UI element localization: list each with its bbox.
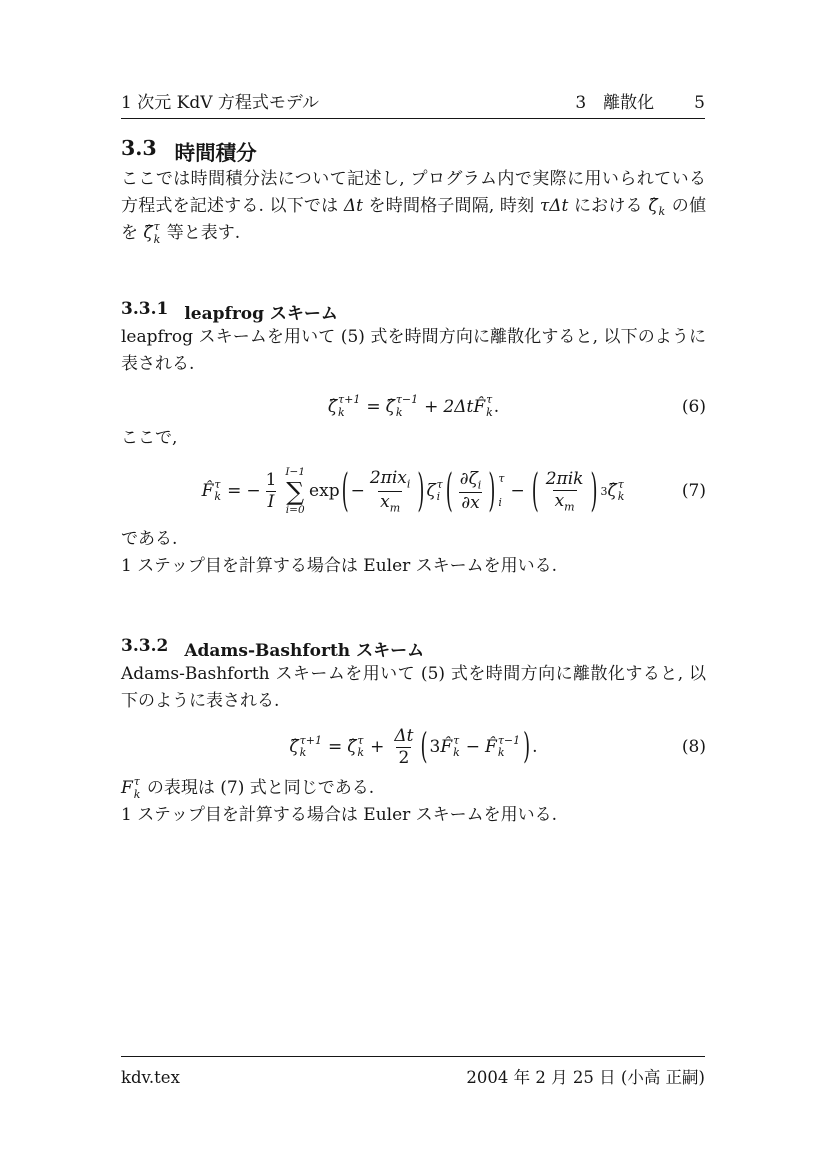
math-tau-delta-t: τΔt xyxy=(540,196,569,216)
fraction-2pi-i-xi-over-xm: 2πixixm xyxy=(368,468,413,515)
equation-number: (8) xyxy=(682,737,706,757)
den-sub: m xyxy=(390,501,400,514)
numerator: Δt xyxy=(392,726,415,747)
zeta-hat: ζ̂ xyxy=(608,481,617,501)
f-hat: F̂ xyxy=(485,737,497,757)
denominator: 2 xyxy=(396,747,411,769)
sup: τ xyxy=(134,776,140,789)
math-delta-t: Δt xyxy=(344,196,363,216)
f-hat: F̂ xyxy=(202,481,214,501)
zeta-hat: ζ̂ xyxy=(289,737,298,757)
open-paren: ( xyxy=(342,465,349,518)
section-number: 3.3 xyxy=(121,136,157,166)
open-paren: ( xyxy=(532,465,539,518)
sub: k xyxy=(659,206,666,219)
f-expression-text: の表現は (7) 式と同じである. xyxy=(141,778,374,798)
sub: k xyxy=(453,747,460,760)
math-f-k-tau: Fτk xyxy=(121,778,141,798)
equals-sign: = xyxy=(328,737,342,757)
close-paren: ) xyxy=(488,465,495,518)
equals-sign: = xyxy=(366,397,380,417)
denominator: xm xyxy=(378,491,402,515)
close-paren: ) xyxy=(417,465,424,518)
sup: τ xyxy=(154,221,160,234)
exponent-3: 3 xyxy=(601,485,608,498)
minus-sign: − xyxy=(466,737,480,757)
num-base: ∂ζ xyxy=(460,469,478,489)
sub: i xyxy=(437,491,441,504)
subsection-heading-adams-bashforth: 3.3.2 Adams-Bashforth スキーム xyxy=(121,636,706,661)
denominator: ∂x xyxy=(459,492,481,514)
coefficient: 2Δt xyxy=(443,397,473,417)
footer: kdv.tex 2004 年 2 月 25 日 (小高 正嗣) xyxy=(121,1056,705,1088)
sup: τ xyxy=(486,394,492,407)
open-paren: ( xyxy=(420,727,427,768)
minus-sign: − xyxy=(510,481,524,501)
exp-operator: exp xyxy=(309,481,340,501)
subsection-number: 3.3.1 xyxy=(121,299,168,324)
equation-number: (6) xyxy=(682,397,706,417)
sup: τ−1 xyxy=(396,394,418,407)
page-number: 5 xyxy=(694,93,705,113)
subsection-title: leapfrog スキーム xyxy=(184,299,338,324)
subsection-heading-leapfrog: 3.3.1 leapfrog スキーム xyxy=(121,299,706,324)
zeta-hat: ζ̂ xyxy=(328,397,337,417)
f-hat: F̂ xyxy=(473,397,485,417)
fraction-partial-zeta: ∂ζi∂x xyxy=(458,469,484,514)
den-base: x xyxy=(555,491,565,511)
den-base: x xyxy=(380,492,390,512)
f: F xyxy=(121,778,133,798)
sub: k xyxy=(214,491,221,504)
minus-sign: − xyxy=(246,481,260,501)
numerator: 2πik xyxy=(544,469,586,490)
open-paren: ( xyxy=(446,465,453,518)
sum-lower-limit: i=0 xyxy=(286,505,305,516)
paragraph-f-expression: Fτk の表現は (7) 式と同じである. xyxy=(121,775,706,802)
paragraph-leapfrog: leapfrog スキームを用いて (5) 式を時間方向に離散化すると, 以下の… xyxy=(121,324,706,378)
sub: k xyxy=(338,407,345,420)
fraction-one-over-I: 1I xyxy=(264,470,279,514)
numerator: 2πixi xyxy=(368,468,413,491)
section-heading: 3.3 時間積分 xyxy=(121,136,706,166)
period: . xyxy=(494,397,499,417)
zeta-hat: ζ̂ xyxy=(143,223,152,243)
plus-sign: + xyxy=(370,737,384,757)
sub: k xyxy=(154,234,161,247)
paragraph-intro: ここでは時間積分法について記述し, プログラム内で実際に用いられている方程式を記… xyxy=(121,166,706,247)
intro-text-5: 等と表す. xyxy=(161,223,240,243)
num-sub: i xyxy=(478,478,482,491)
zeta-hat: ζ̂ xyxy=(648,196,657,216)
running-header: 1 次元 KdV 方程式モデル 3 離散化 5 xyxy=(121,88,705,119)
summation: I−1∑i=0 xyxy=(285,467,305,515)
section-title: 時間積分 xyxy=(175,136,257,166)
sigma-symbol: ∑ xyxy=(286,478,304,505)
paragraph-adams-bashforth: Adams-Bashforth スキームを用いて (5) 式を時間方向に離散化す… xyxy=(121,661,706,715)
den-sub: m xyxy=(564,500,574,513)
numerator: ∂ζi xyxy=(458,469,484,492)
document-page: 1 次元 KdV 方程式モデル 3 離散化 5 3.3 時間積分 ここでは時間積… xyxy=(0,0,826,1169)
footer-filename: kdv.tex xyxy=(121,1068,180,1087)
header-section-title: 3 離散化 xyxy=(575,88,654,113)
zeta-hat: ζ̂ xyxy=(347,737,356,757)
page-content: 3.3 時間積分 ここでは時間積分法について記述し, プログラム内で実際に用いら… xyxy=(121,136,706,829)
fraction-dt-over-2: Δt2 xyxy=(392,726,415,770)
zeta-hat: ζ̂ xyxy=(386,397,395,417)
zeta: ζ xyxy=(426,481,435,501)
close-paren: ) xyxy=(523,727,530,768)
subsection-number: 3.3.2 xyxy=(121,636,168,661)
sub: k xyxy=(498,747,505,760)
close-paren: ) xyxy=(590,465,597,518)
sub: k xyxy=(357,747,364,760)
f-hat: F̂ xyxy=(440,737,452,757)
equation-number: (7) xyxy=(682,481,706,501)
text-dearu: である. xyxy=(121,526,706,553)
plus-sign: + xyxy=(424,397,438,417)
sub: k xyxy=(486,407,493,420)
subsection-title: Adams-Bashforth スキーム xyxy=(184,636,424,661)
fraction-2pi-ik-over-xm: 2πikxm xyxy=(544,469,586,514)
intro-text-3: における xyxy=(568,196,648,216)
equation-7: F̂τk = − 1I I−1∑i=0 exp ( − 2πixixm ) ζτ… xyxy=(121,462,706,520)
coefficient: 3 xyxy=(429,737,440,757)
denominator: xm xyxy=(553,490,577,514)
minus-sign: − xyxy=(351,481,365,501)
math-zeta-hat-k: ζ̂k xyxy=(648,196,666,216)
sub: k xyxy=(618,491,625,504)
period: . xyxy=(532,737,537,757)
num-sub: i xyxy=(407,477,411,490)
numerator: 1 xyxy=(264,470,279,491)
header-chapter-title: 1 次元 KdV 方程式モデル xyxy=(121,88,319,113)
sub: k xyxy=(134,789,141,802)
sup: τ xyxy=(498,473,504,486)
math-zeta-hat-k-tau: ζ̂τk xyxy=(143,223,161,243)
paragraph-euler-1: 1 ステップ目を計算する場合は Euler スキームを用いる. xyxy=(121,553,706,580)
sup: τ+1 xyxy=(338,394,360,407)
intro-text-2: を時間格子間隔, 時刻 xyxy=(363,196,540,216)
equals-sign: = xyxy=(227,481,241,501)
sub: k xyxy=(396,407,403,420)
denominator: I xyxy=(266,491,277,513)
equation-6: ζ̂τ+1k = ζ̂τ−1k + 2ΔtF̂τk . (6) xyxy=(121,394,706,419)
paragraph-euler-2: 1 ステップ目を計算する場合は Euler スキームを用いる. xyxy=(121,802,706,829)
sub: i xyxy=(498,497,502,510)
sub: k xyxy=(300,747,307,760)
text-kokode: ここで, xyxy=(121,425,706,452)
footer-date: 2004 年 2 月 25 日 (小高 正嗣) xyxy=(466,1064,705,1088)
num-base: 2πix xyxy=(370,468,407,488)
header-rule xyxy=(121,118,705,119)
equation-8: ζ̂τ+1k = ζ̂τk + Δt2 ( 3F̂τk − F̂τ−1k ) .… xyxy=(121,723,706,771)
